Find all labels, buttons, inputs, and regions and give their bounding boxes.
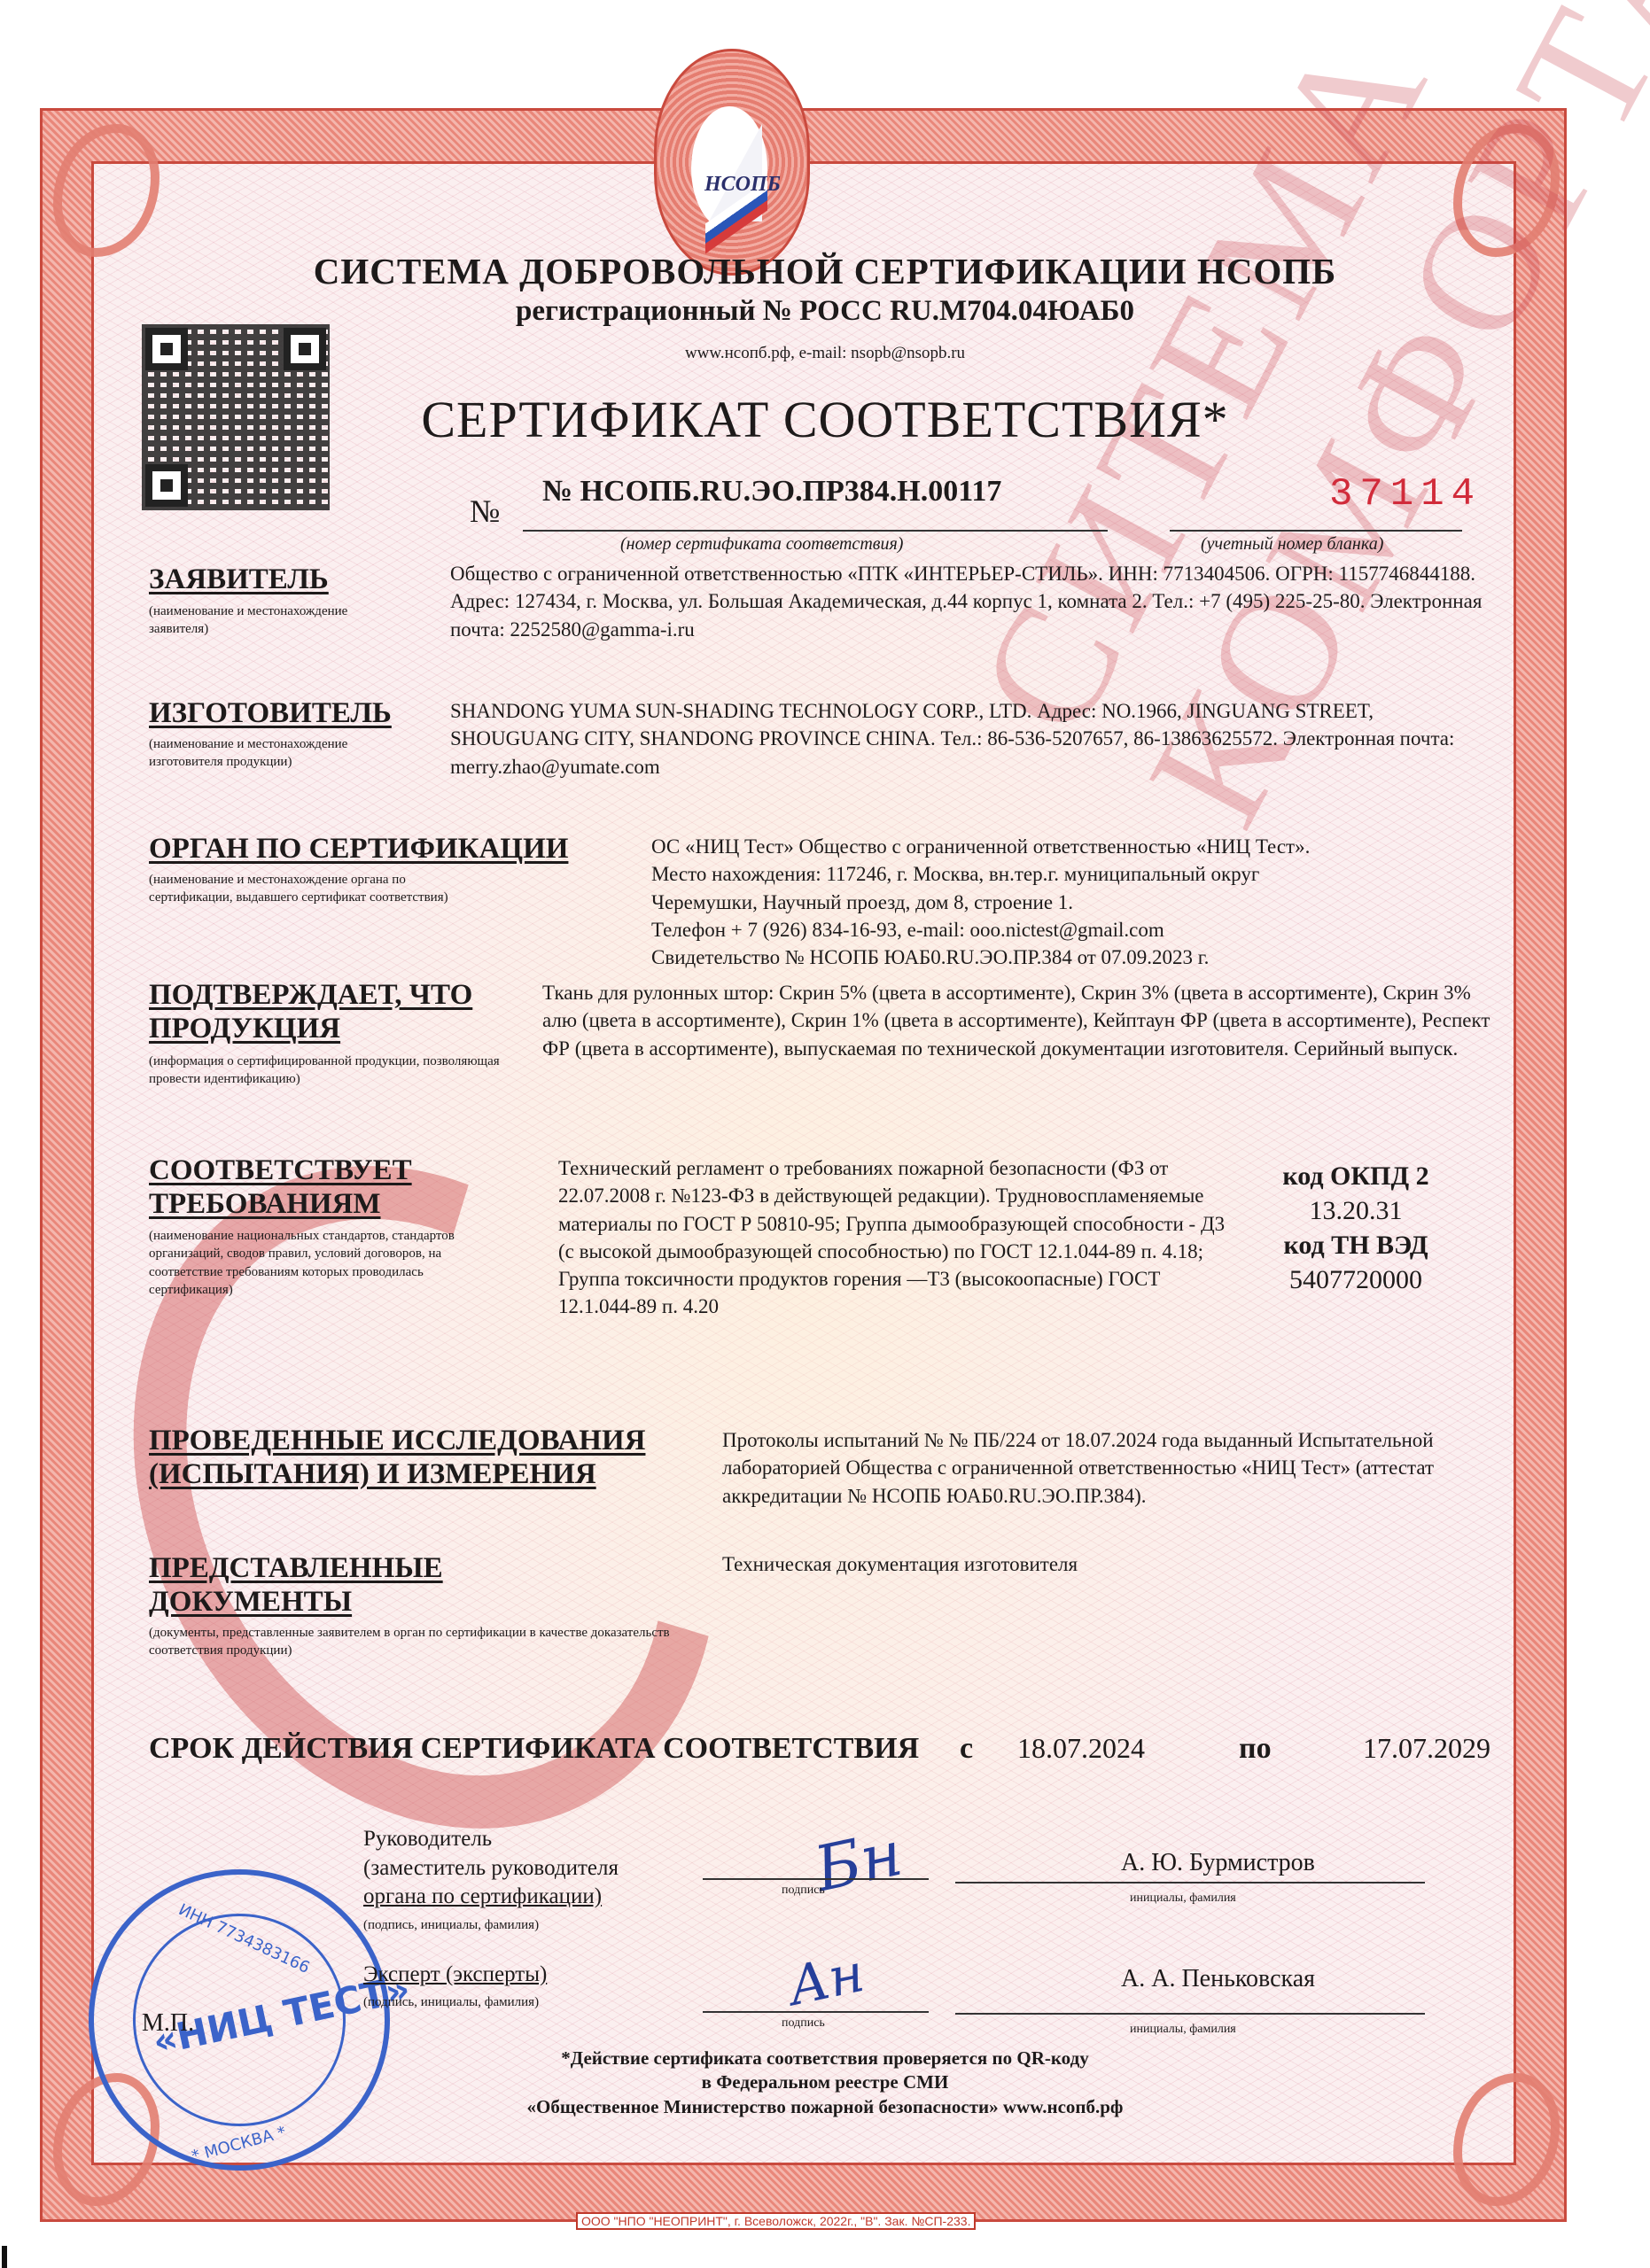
signature-caption: подпись xyxy=(782,2016,825,2031)
manufacturer-subheading: (наименование и местонахождение изготови… xyxy=(149,735,362,772)
cert-body-line: ОС «НИЦ Тест» Общество с ограниченной от… xyxy=(651,833,1502,860)
printer-imprint: ООО "НПО "НЕОПРИНТ", г. Всеволожск, 2022… xyxy=(576,2212,976,2230)
divider xyxy=(1170,530,1462,532)
okpd-value: 13.20.31 xyxy=(1241,1193,1471,1228)
expert-caption: (подпись, инициалы, фамилия) xyxy=(363,1993,539,2011)
qr-finder-icon xyxy=(145,328,188,370)
qr-finder-icon xyxy=(145,464,188,507)
certificate-number: № НСОПБ.RU.ЭО.ПР384.Н.00117 xyxy=(542,475,1001,509)
blank-number: 37114 xyxy=(1329,472,1482,517)
tnved-value: 5407720000 xyxy=(1241,1262,1471,1297)
cert-body-line: Место нахождения: 117246, г. Москва, вн.… xyxy=(651,860,1502,888)
divider xyxy=(523,530,1108,532)
registration-number: регистрационный № РОСС RU.М704.04ЮАБ0 xyxy=(0,295,1650,328)
footnote-line: «Общественное Министерство пожарной безо… xyxy=(0,2095,1650,2119)
number-sign: № xyxy=(470,493,500,530)
blank-number-caption: (учетный номер бланка) xyxy=(1201,534,1383,555)
documents-subheading: (документы, представленные заявителем в … xyxy=(149,1624,698,1660)
head-signatory-label: Руководитель (заместитель руководителя о… xyxy=(363,1825,619,1912)
expert-name: А. А. Пеньковская xyxy=(1121,1965,1315,1993)
signature-line xyxy=(703,1878,929,1880)
applicant-heading: ЗАЯВИТЕЛЬ xyxy=(149,563,329,597)
product-heading: ПОДТВЕРЖДАЕТ, ЧТО ПРОДУКЦИЯ xyxy=(149,979,521,1046)
manufacturer-details: SHANDONG YUMA SUN-SHADING TECHNOLOGY COR… xyxy=(450,697,1496,781)
qr-verification-note: *Действие сертификата соответствия прове… xyxy=(0,2047,1650,2119)
scan-edge-mark xyxy=(2,2246,7,2268)
tests-heading: ПРОВЕДЕННЫЕ ИССЛЕДОВАНИЯ (ИСПЫТАНИЯ) И И… xyxy=(149,1425,663,1492)
documents-heading: ПРЕДСТАВЛЕННЫЕ ДОКУМЕНТЫ xyxy=(149,1552,521,1619)
validity-from-word: с xyxy=(960,1732,973,1766)
requirements-details: Технический регламент о требованиях пожа… xyxy=(558,1154,1232,1321)
expert-label: Эксперт (эксперты) xyxy=(363,1961,547,1990)
validity-to-word: по xyxy=(1239,1732,1272,1766)
requirements-subheading: (наименование национальных стандартов, с… xyxy=(149,1227,503,1299)
name-line xyxy=(955,1882,1425,1884)
documents-details: Техническая документация изготовителя xyxy=(722,1550,1078,1578)
signature-line xyxy=(703,2011,929,2013)
head-caption: (подпись, инициалы, фамилия) xyxy=(363,1916,539,1934)
product-subheading: (информация о сертифицированной продукци… xyxy=(149,1052,539,1089)
head-name: А. Ю. Бурмистров xyxy=(1121,1849,1315,1877)
head-label-line: (заместитель руководителя xyxy=(363,1854,619,1884)
name-line xyxy=(955,2013,1425,2015)
head-label-line: Руководитель xyxy=(363,1825,619,1854)
qr-finder-icon xyxy=(284,328,326,370)
validity-to-date: 17.07.2029 xyxy=(1363,1732,1490,1765)
applicant-subheading: (наименование и местонахождение заявител… xyxy=(149,602,397,639)
seal-place-label: М.П. xyxy=(142,2009,194,2038)
applicant-details: Общество с ограниченной ответственностью… xyxy=(450,560,1496,643)
cert-body-subheading: (наименование и местонахождение органа п… xyxy=(149,871,486,907)
cert-body-details: ОС «НИЦ Тест» Общество с ограниченной от… xyxy=(651,833,1502,971)
tests-details: Протоколы испытаний № № ПБ/224 от 18.07.… xyxy=(722,1426,1493,1510)
system-title: СИСТЕМА ДОБРОВОЛЬНОЙ СЕРТИФИКАЦИИ НСОПБ xyxy=(0,250,1650,292)
cert-body-heading: ОРГАН ПО СЕРТИФИКАЦИИ xyxy=(149,833,568,866)
validity-from-date: 18.07.2024 xyxy=(1017,1732,1145,1765)
cert-body-line: Телефон + 7 (926) 834-16-93, e-mail: ooo… xyxy=(651,916,1502,944)
footnote-line: *Действие сертификата соответствия прове… xyxy=(0,2047,1650,2070)
name-caption: инициалы, фамилия xyxy=(1130,1891,1236,1906)
emblem-label: НСОПБ xyxy=(704,173,781,197)
cert-body-line: Черемушки, Научный проезд, дом 8, строен… xyxy=(651,889,1502,916)
product-codes: код ОКПД 2 13.20.31 код ТН ВЭД 540772000… xyxy=(1241,1159,1471,1297)
footnote-line: в Федеральном реестре СМИ xyxy=(0,2070,1650,2094)
requirements-heading: СООТВЕТСТВУЕТ ТРЕБОВАНИЯМ xyxy=(149,1154,450,1222)
certificate-number-caption: (номер сертификата соответствия) xyxy=(620,534,903,555)
tnved-label: код ТН ВЭД xyxy=(1241,1228,1471,1262)
okpd-label: код ОКПД 2 xyxy=(1241,1159,1471,1193)
cert-body-line: Свидетельство № НСОПБ ЮАБ0.RU.ЭО.ПР.384 … xyxy=(651,944,1502,971)
name-caption: инициалы, фамилия xyxy=(1130,2023,1236,2037)
head-label-line: органа по сертификации) xyxy=(363,1883,619,1912)
product-description: Ткань для рулонных штор: Скрин 5% (цвета… xyxy=(542,979,1504,1062)
manufacturer-heading: ИЗГОТОВИТЕЛЬ xyxy=(149,697,392,731)
validity-label: СРОК ДЕЙСТВИЯ СЕРТИФИКАТА СООТВЕТСТВИЯ xyxy=(149,1732,919,1766)
signature-caption: подпись xyxy=(782,1884,825,1898)
